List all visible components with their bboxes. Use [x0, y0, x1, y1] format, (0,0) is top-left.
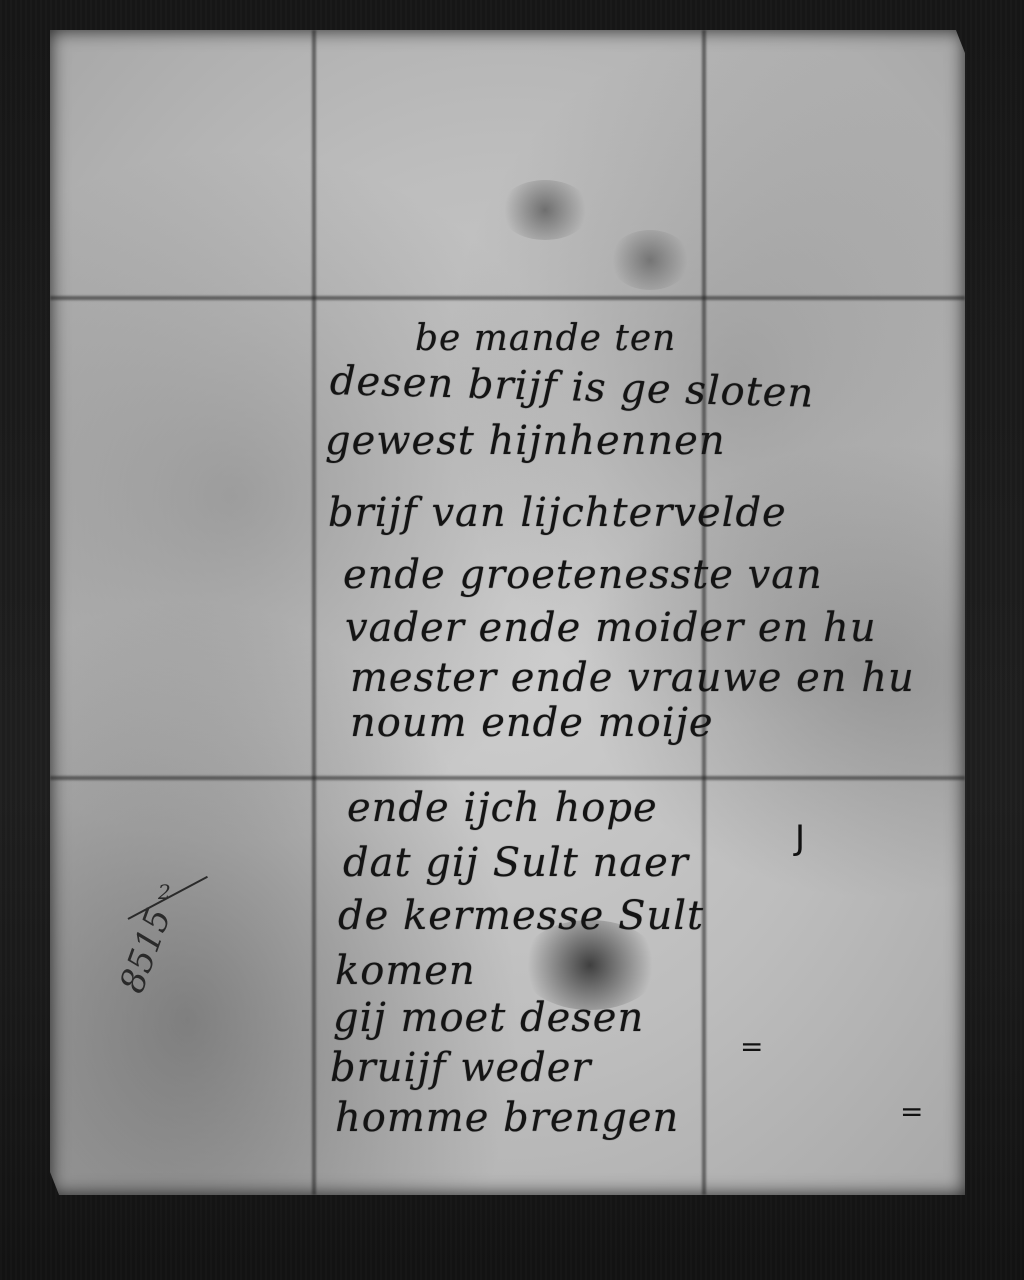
handwriting-line: be mande ten — [415, 318, 676, 359]
fold-crease-vertical-left — [312, 30, 316, 1195]
handwriting-line: gewest hijnhennen — [325, 418, 726, 464]
handwriting-line: komen — [335, 948, 476, 994]
handwriting-line: ende groetenesste van — [343, 552, 823, 598]
archive-number: 2 8515 — [128, 880, 218, 1000]
handwriting-line: dat gij Sult naer — [343, 840, 689, 886]
handwriting-line: ende ijch hope — [347, 785, 658, 831]
stray-mark: = — [900, 1095, 923, 1128]
handwriting-line: noum ende moije — [350, 700, 714, 746]
handwriting-line: vader ende moider en hu — [345, 605, 877, 651]
fold-crease-horizontal-top — [50, 296, 965, 300]
handwriting-line: gij moet desen — [333, 995, 644, 1041]
handwriting-line: bruijf weder — [330, 1045, 592, 1091]
handwriting-line: brijf van lijchtervelde — [328, 490, 787, 536]
fold-crease-horizontal-bottom — [50, 776, 965, 780]
stray-mark: = — [740, 1030, 763, 1063]
handwriting-line: mester ende vrauwe en hu — [350, 655, 915, 701]
paper-stain — [610, 230, 690, 290]
paper-stain — [500, 180, 590, 240]
handwriting-line: de kermesse Sult — [338, 893, 704, 939]
stray-mark: J — [795, 818, 805, 858]
handwriting-line: homme brengen — [335, 1095, 679, 1141]
